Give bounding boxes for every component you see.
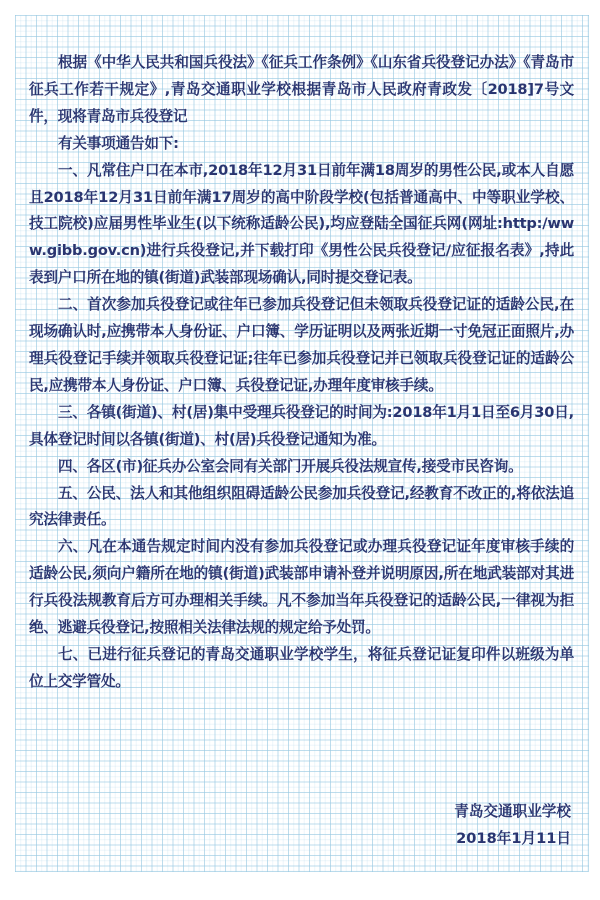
item-4-paragraph: 四、各区(市)征兵办公室会同有关部门开展兵役法规宣传,接受市民咨询。 bbox=[29, 454, 574, 481]
signature-date: 2018年1月11日 bbox=[456, 827, 571, 848]
lead-paragraph: 有关事项通告如下: bbox=[29, 131, 574, 158]
notice-body: 根据《中华人民共和国兵役法》《征兵工作条例》《山东省兵役登记办法》《青岛市征兵工… bbox=[29, 50, 574, 696]
item-6-paragraph: 六、凡在本通告规定时间内没有参加兵役登记或办理兵役登记证年度审核手续的适龄公民,… bbox=[29, 534, 574, 642]
item-1-paragraph: 一、凡常住户口在本市,2018年12月31日前年满18周岁的男性公民,或本人自愿… bbox=[29, 158, 574, 293]
item-7-paragraph: 七、已进行征兵登记的青岛交通职业学校学生，将征兵登记证复印件以班级为单位上交学管… bbox=[29, 642, 574, 696]
intro-paragraph: 根据《中华人民共和国兵役法》《征兵工作条例》《山东省兵役登记办法》《青岛市征兵工… bbox=[29, 50, 574, 131]
item-3-paragraph: 三、各镇(街道)、村(居)集中受理兵役登记的时间为:2018年1月1日至6月30… bbox=[29, 400, 574, 454]
signature-organization: 青岛交通职业学校 bbox=[454, 800, 571, 821]
item-2-paragraph: 二、首次参加兵役登记或往年已参加兵役登记但未领取兵役登记证的适龄公民,在现场确认… bbox=[29, 292, 574, 400]
item-5-paragraph: 五、公民、法人和其他组织阻碍适龄公民参加兵役登记,经教育不改正的,将依法追究法律… bbox=[29, 481, 574, 535]
